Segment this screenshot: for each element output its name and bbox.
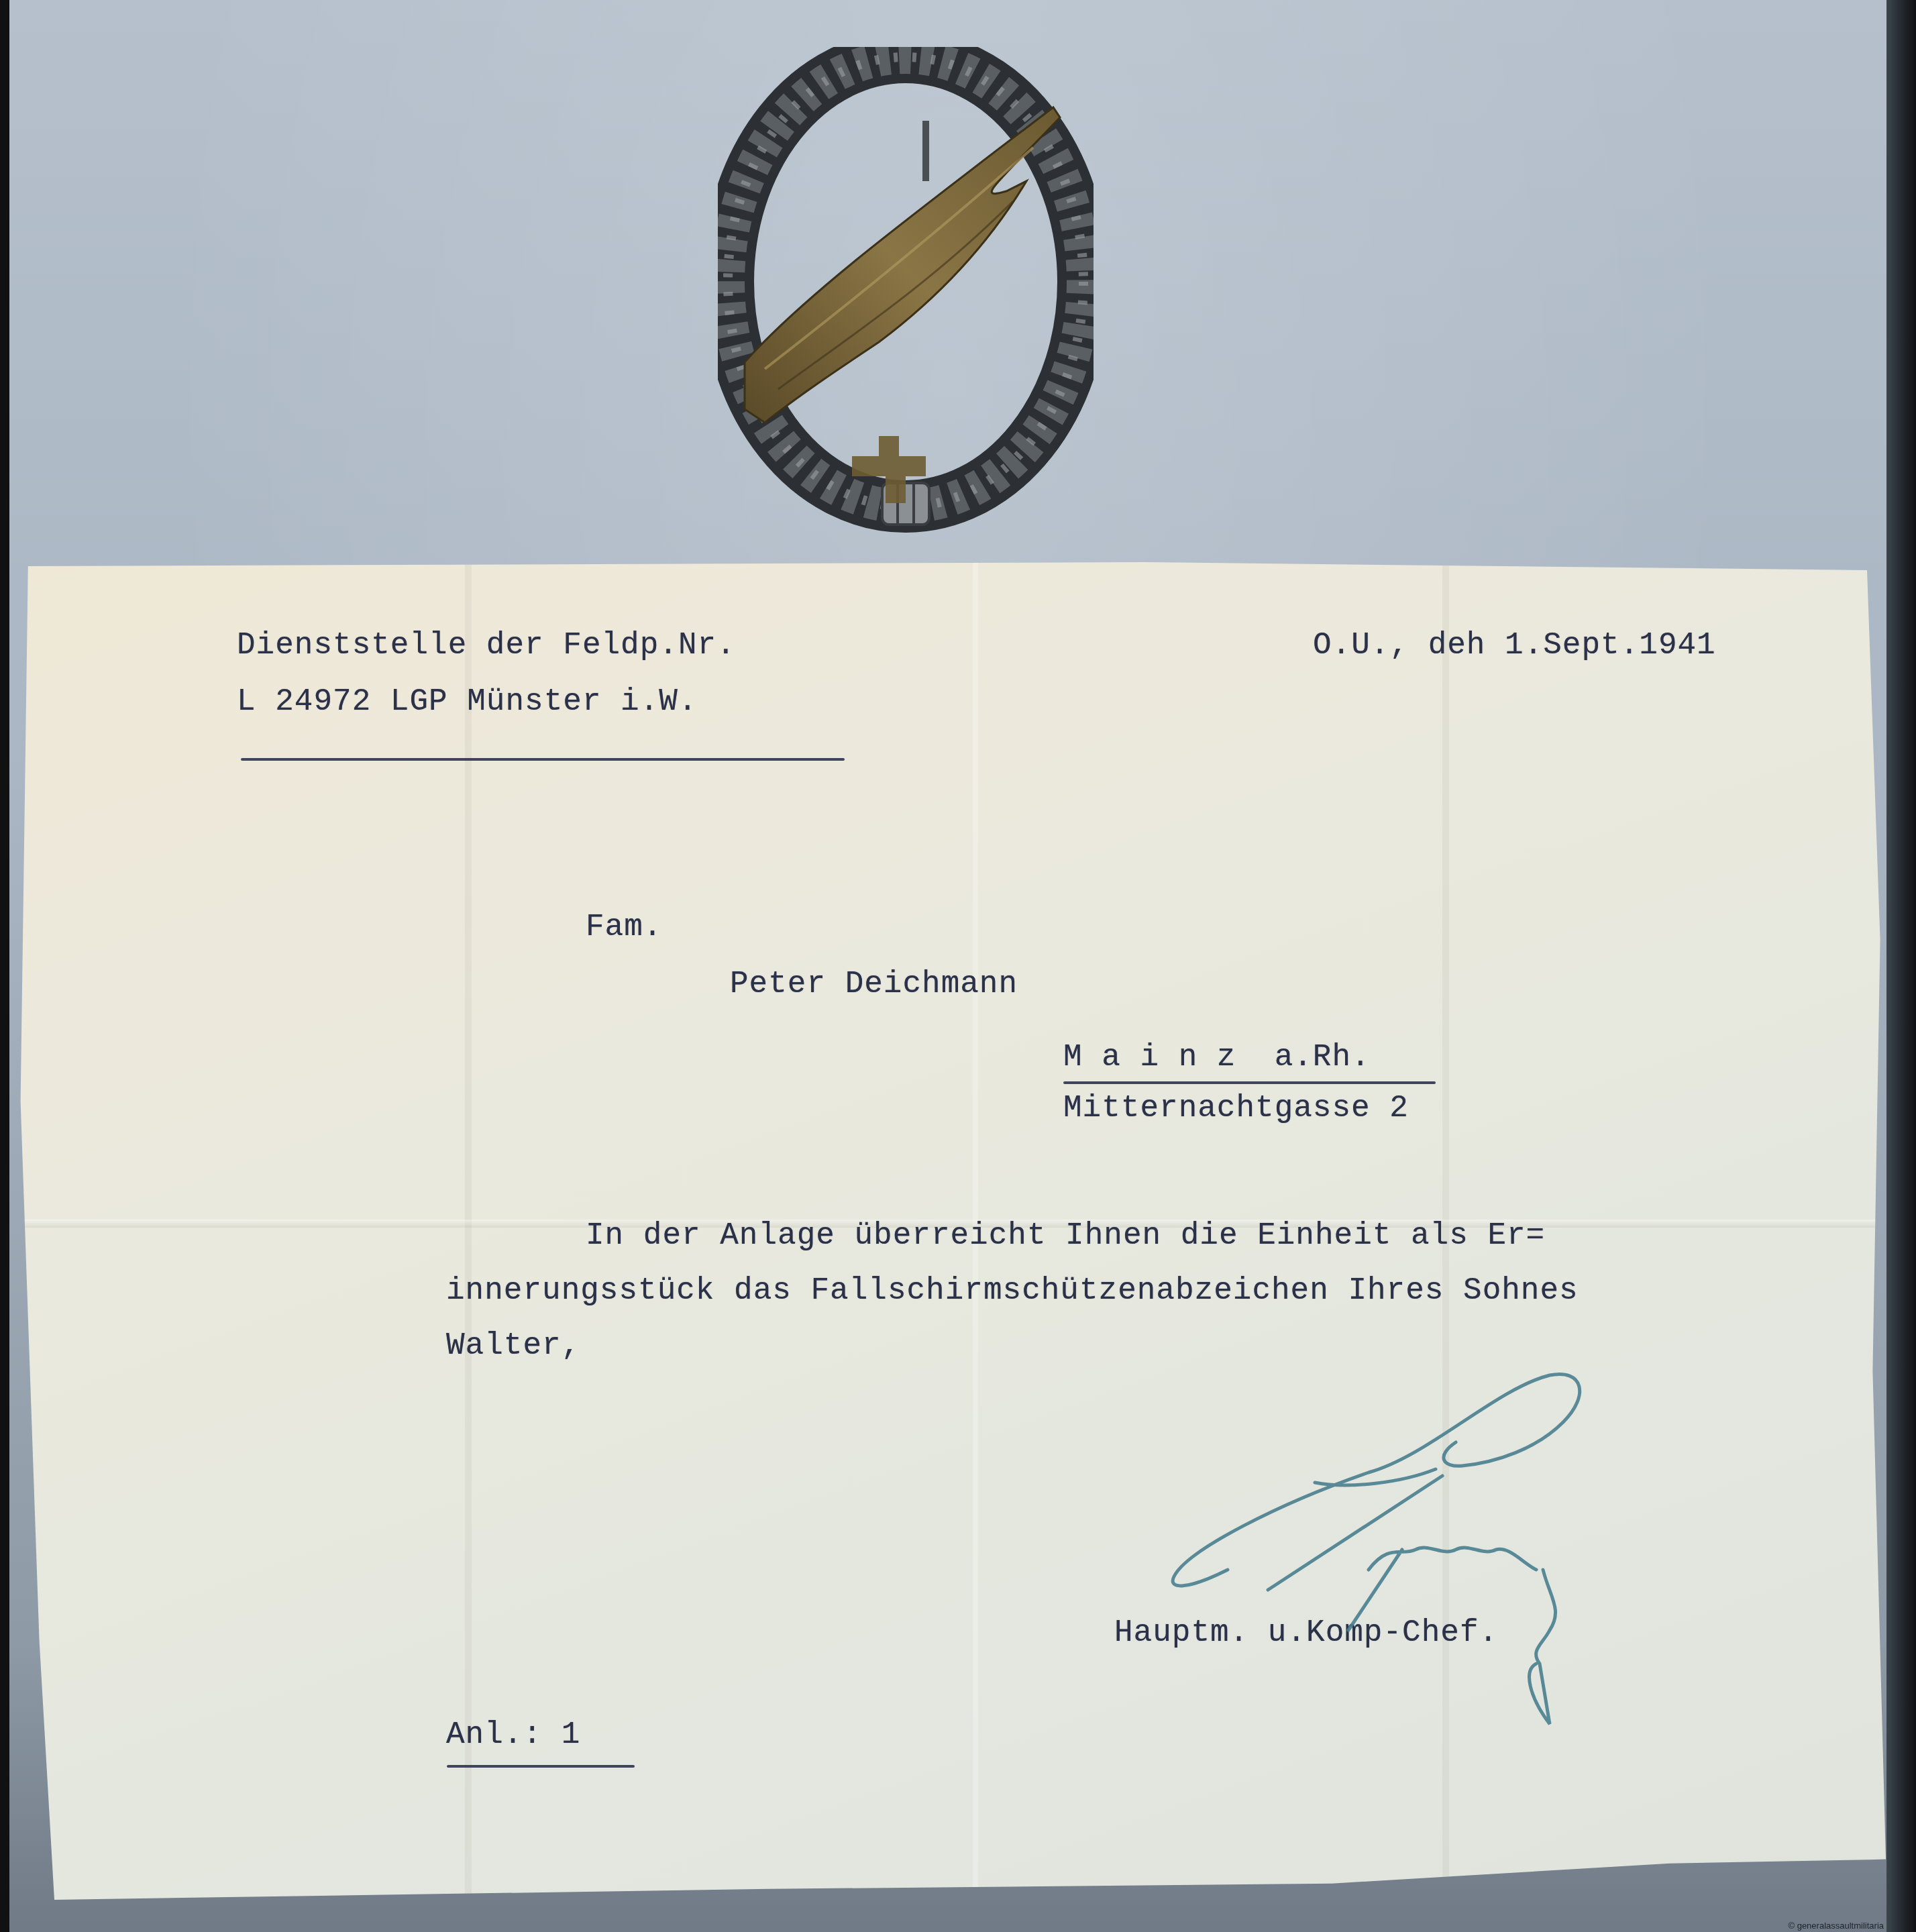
copyright-watermark: © generalassaultmilitaria [1788, 1921, 1884, 1931]
enclosure-underline [447, 1765, 635, 1768]
sender-line-1: Dienststelle der Feldp.Nr. [237, 628, 736, 663]
recipient-city: M a i n z a.Rh. [1063, 1040, 1371, 1075]
paratrooper-badge-image [718, 47, 1094, 537]
fold-crease [465, 562, 472, 1911]
signature-icon [1147, 1348, 1630, 1764]
enclosure-note: Anl.: 1 [446, 1717, 580, 1752]
recipient-street: Mitternachtgasse 2 [1063, 1091, 1409, 1126]
handwritten-signature [1147, 1348, 1630, 1764]
body-line-1: In der Anlage überreicht Ihnen die Einhe… [586, 1218, 1545, 1253]
body-line-2: innerungsstück das Fallschirmschützenabz… [446, 1273, 1579, 1308]
salutation: Fam. [586, 910, 662, 945]
scan-edge-right [1886, 0, 1916, 1932]
city-underline [1063, 1081, 1436, 1084]
scan-edge-left [0, 0, 9, 1932]
recipient-name: Peter Deichmann [730, 967, 1018, 1002]
sender-line-2: L 24972 LGP Münster i.W. [237, 684, 698, 719]
place-and-date: O.U., deh 1.Sept.1941 [1313, 628, 1716, 663]
body-line-3: Walter, [446, 1328, 580, 1363]
badge-icon [718, 47, 1094, 537]
sender-underline [241, 758, 845, 761]
